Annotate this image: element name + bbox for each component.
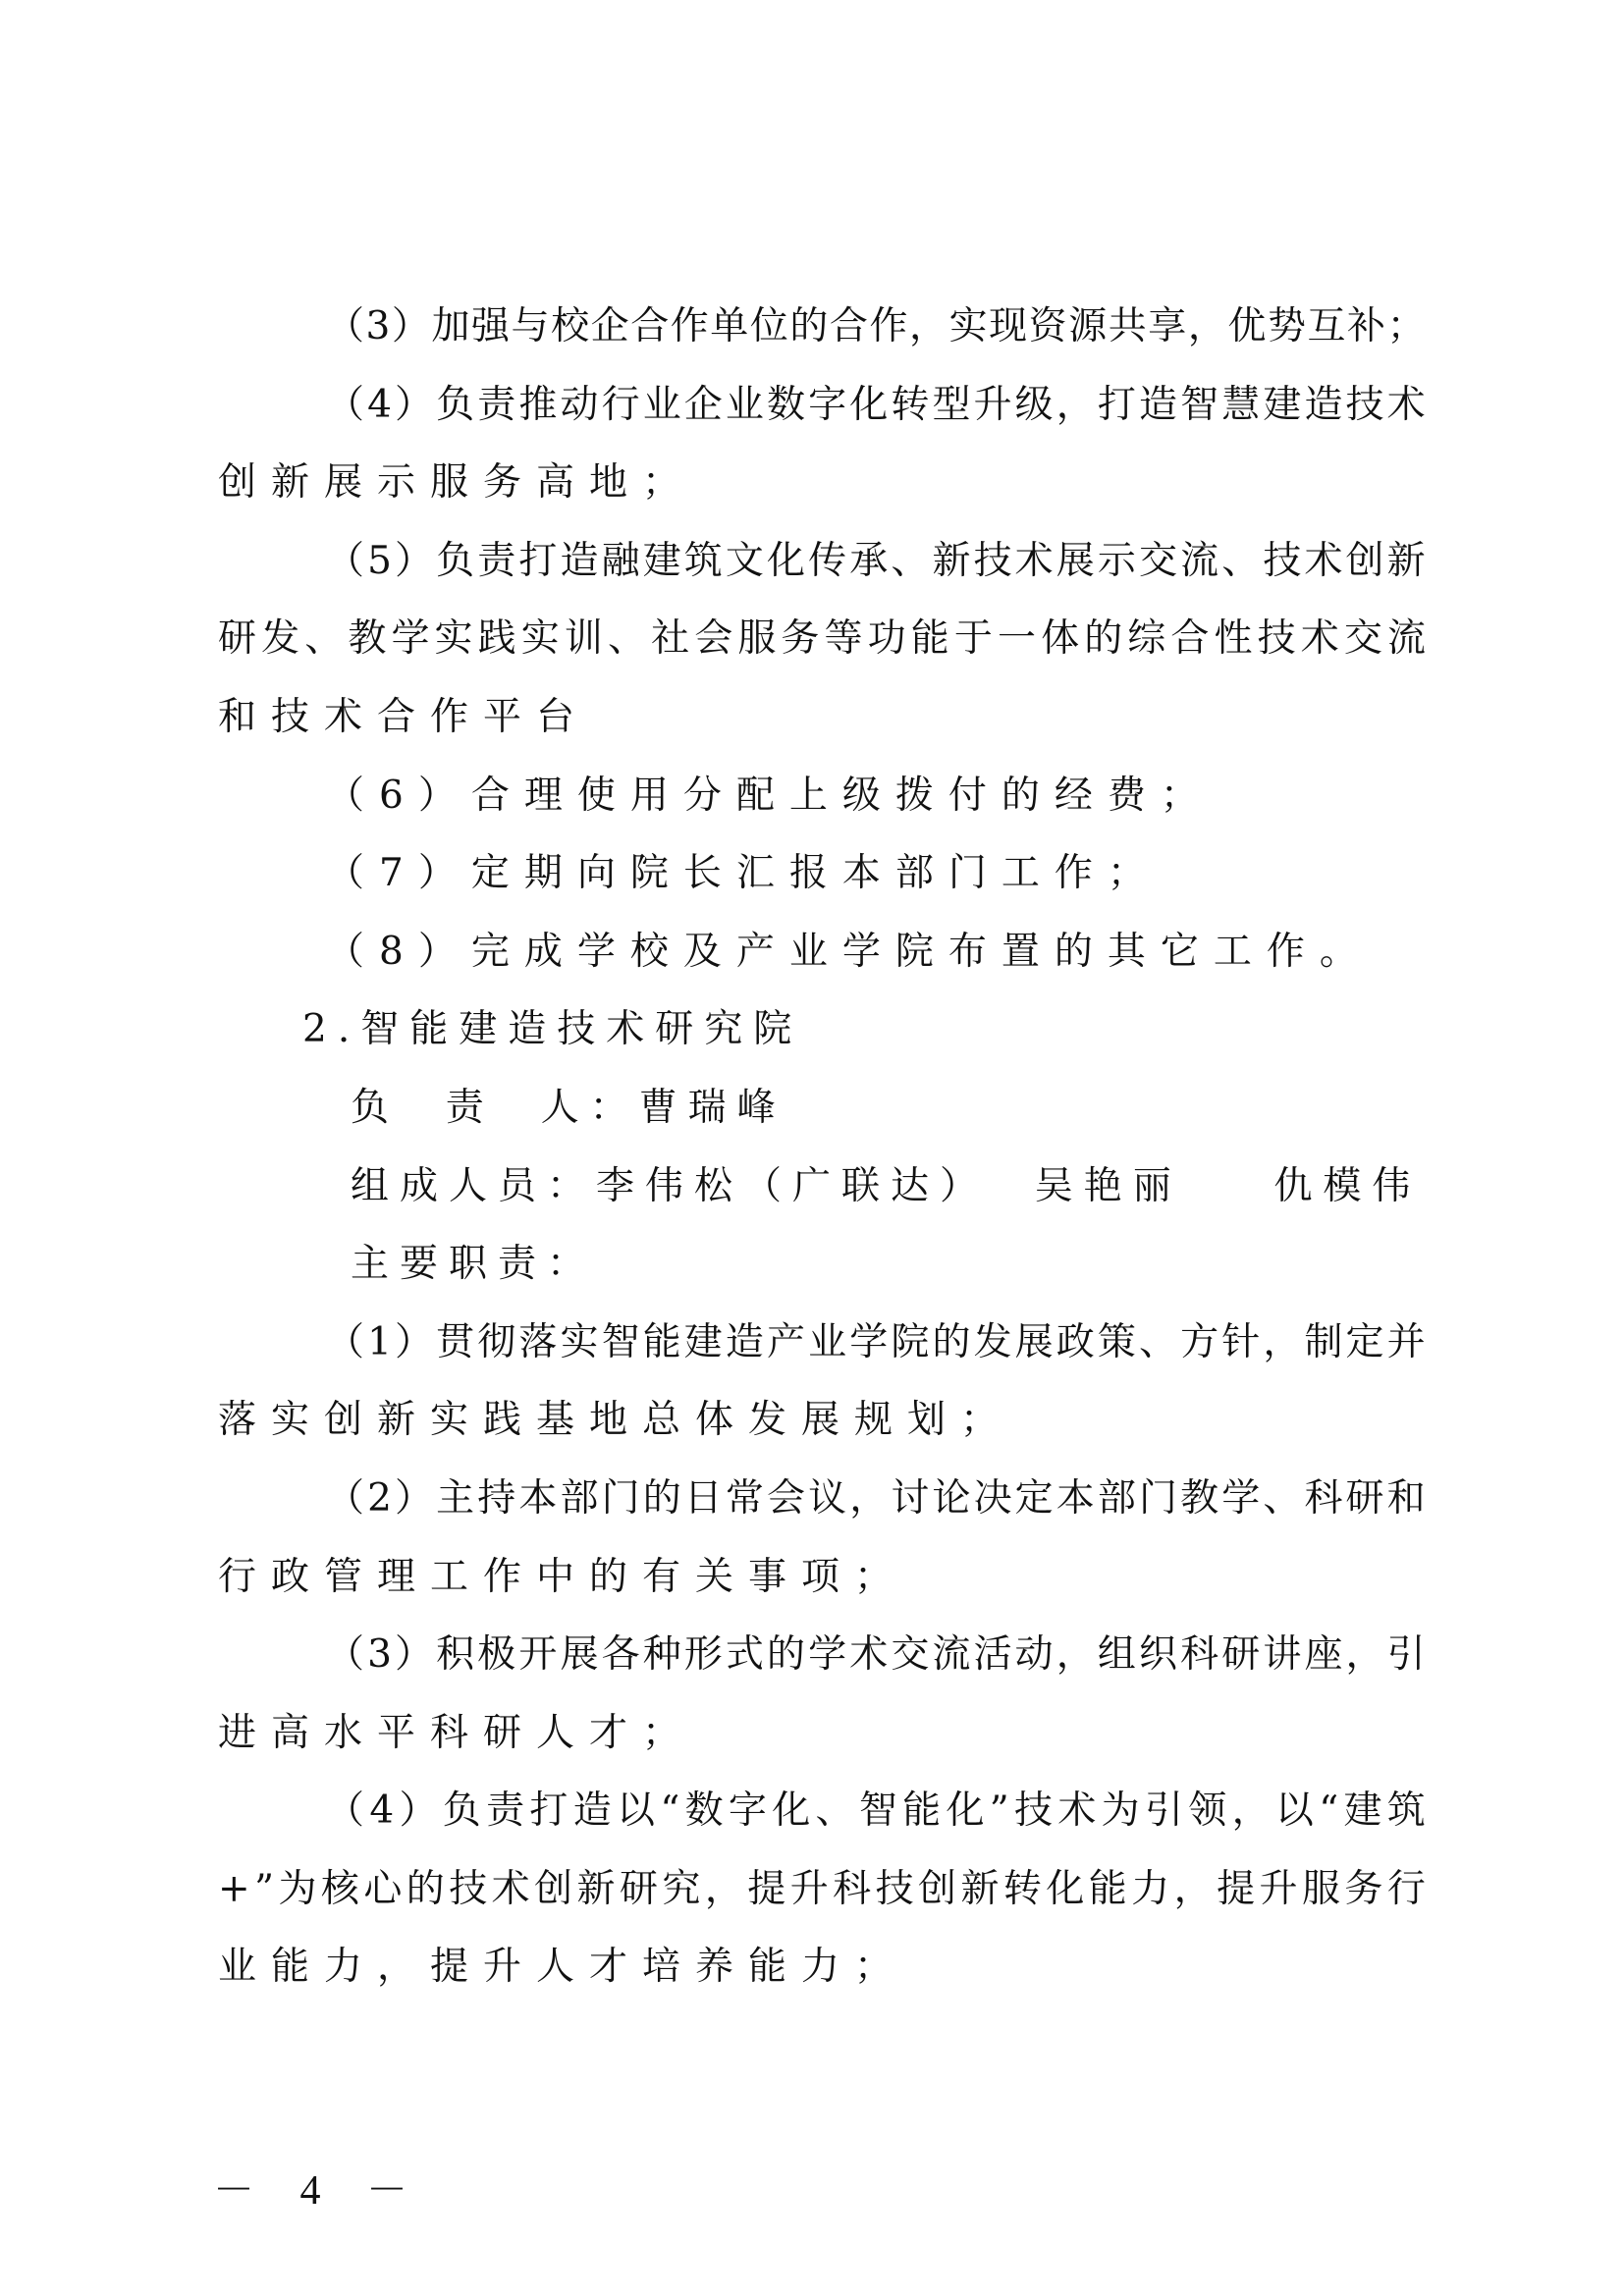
section2-duty-2-line-2: 行政管理工作中的有关事项； [218,1538,1426,1617]
section-leader: 负 责 人：曹瑞峰 [218,1069,1426,1148]
justified-line-text: （4）负责推动行业企业数字化转型升级，打造智慧建造技术 [326,366,1426,445]
section2-duty-2-line-1: （2）主持本部门的日常会议，讨论决定本部门教学、科研和 [326,1460,1426,1538]
justified-line-text: 研发、教学实践实训、社会服务等功能于一体的综合性技术交流 [218,600,1426,678]
justified-line-text: （1）贯彻落实智能建造产业学院的发展政策、方针，制定并 [326,1304,1426,1382]
section-duties-label: 主要职责： [218,1225,1426,1304]
section2-duty-3-line-2: 进高水平科研人才； [218,1694,1426,1773]
section2-duty-1-line-2: 落实创新实践基地总体发展规划； [218,1381,1426,1460]
justified-line-text: （3）积极开展各种形式的学术交流活动，组织科研讲座，引 [326,1616,1426,1694]
duty-item-4-line-2: 创新展示服务高地； [218,444,1426,522]
duty-item-3-line-1: （3）加强与校企合作单位的合作，实现资源共享，优势互补； [326,288,1426,366]
section-members: 组成人员：李伟松（广联达） 吴艳丽 仇模伟 [218,1148,1426,1226]
justified-line-text: （2）主持本部门的日常会议，讨论决定本部门教学、科研和 [326,1460,1426,1538]
document-body: （3）加强与校企合作单位的合作，实现资源共享，优势互补； （4）负责推动行业企业… [218,288,1426,2006]
justified-line-text: （5）负责打造融建筑文化传承、新技术展示交流、技术创新 [326,522,1426,601]
section2-duty-4-line-3: 业能力，提升人才培养能力； [218,1928,1426,2006]
section2-duty-4-line-2: +”为核心的技术创新研究，提升科技创新转化能力，提升服务行 [218,1850,1426,1929]
duty-item-6: （6）合理使用分配上级拨付的经费； [218,757,1426,835]
duty-item-8: （8）完成学校及产业学院布置的其它工作。 [218,913,1426,991]
duty-item-5-line-3: 和技术合作平台 [218,678,1426,757]
duty-item-4-line-1: （4）负责推动行业企业数字化转型升级，打造智慧建造技术 [326,366,1426,445]
justified-line-text: （3）加强与校企合作单位的合作，实现资源共享，优势互补； [326,288,1426,366]
duty-item-5-line-2: 研发、教学实践实训、社会服务等功能于一体的综合性技术交流 [218,600,1426,678]
justified-line-text: +”为核心的技术创新研究，提升科技创新转化能力，提升服务行 [218,1850,1426,1929]
duty-item-7: （7）定期向院长汇报本部门工作； [218,834,1426,913]
section2-duty-3-line-1: （3）积极开展各种形式的学术交流活动，组织科研讲座，引 [326,1616,1426,1694]
duty-item-5-line-1: （5）负责打造融建筑文化传承、新技术展示交流、技术创新 [326,522,1426,601]
page-number: － 4 － [213,2165,425,2216]
section2-duty-1-line-1: （1）贯彻落实智能建造产业学院的发展政策、方针，制定并 [326,1304,1426,1382]
section-heading: 2.智能建造技术研究院 [218,990,1426,1069]
leader-text: 负 责 人：曹瑞峰 [351,1086,786,1130]
document-page: （3）加强与校企合作单位的合作，实现资源共享，优势互补； （4）负责推动行业企业… [0,0,1624,2296]
section2-duty-4-line-1: （4）负责打造以“数字化、智能化”技术为引领，以“建筑 [326,1772,1426,1850]
members-text: 组成人员：李伟松（广联达） 吴艳丽 仇模伟 [351,1164,1421,1208]
justified-line-text: （4）负责打造以“数字化、智能化”技术为引领，以“建筑 [326,1772,1426,1850]
